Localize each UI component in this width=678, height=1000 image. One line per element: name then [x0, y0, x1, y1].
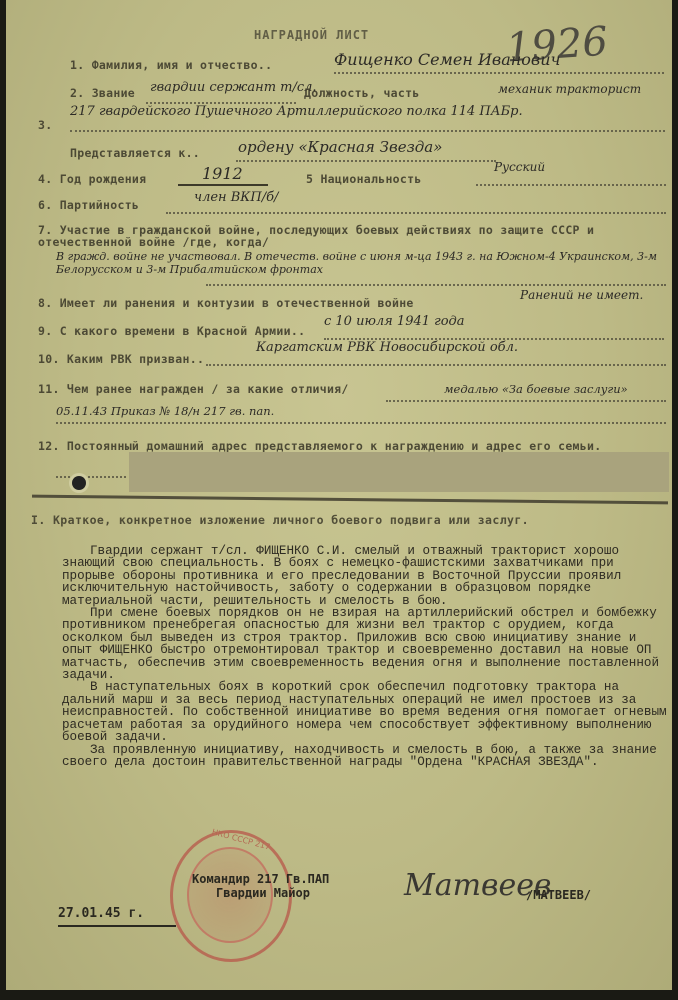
redacted-address: [129, 452, 669, 492]
field-4-value: 1912: [202, 164, 243, 183]
field-4-label: 4. Год рождения: [38, 172, 146, 186]
field-6-label: 6. Партийность: [38, 198, 139, 212]
field-2-value2: механик тракторист: [498, 82, 641, 96]
field-2-label2: Должность, часть: [304, 86, 420, 100]
field-3-num: 3.: [38, 118, 52, 132]
dotted-line: [206, 282, 666, 286]
dotted-line: [56, 474, 126, 478]
field-10-label: 10. Каким РВК призван..: [38, 352, 204, 366]
punch-hole: [72, 476, 86, 490]
field-2-value: гвардии сержант т/сл.: [150, 80, 317, 95]
field-3-value: 217 гвардейского Пушечного Артиллерийско…: [70, 104, 523, 119]
signer-name: /МАТВЕЕВ/: [526, 888, 591, 902]
citation-paragraph: Гвардии сержант т/сл. ФИЩЕНКО С.И. смелы…: [62, 545, 672, 607]
field-5-value: Русский: [494, 160, 545, 174]
award-sheet: НАГРАДНОЙ ЛИСТ 1926 1. Фамилия, имя и от…: [6, 0, 672, 990]
signer-position: Командир 217 Гв.ПАП: [192, 872, 329, 886]
dotted-line: [386, 398, 666, 402]
underline: [178, 184, 268, 186]
field-8-label: 8. Имеет ли ранения и контузии в отечест…: [38, 296, 414, 310]
citation-paragraph: За проявленную инициативу, находчивость …: [62, 744, 672, 769]
document-title: НАГРАДНОЙ ЛИСТ: [254, 28, 369, 42]
dotted-line: [476, 182, 666, 186]
dotted-line: [70, 128, 665, 132]
signer-rank: Гвардии Майор: [216, 886, 310, 900]
field-9-value: с 10 июля 1941 года: [324, 314, 465, 329]
field-1-value: Фищенко Семен Иванович: [334, 50, 561, 69]
field-7-value: В гражд. войне не участвовал. В отечеств…: [56, 250, 666, 276]
dotted-line: [206, 362, 666, 366]
citation-text: Гвардии сержант т/сл. ФИЩЕНКО С.И. смелы…: [62, 545, 672, 768]
field-8-value: Ранений не имеет.: [520, 288, 643, 302]
dotted-line: [56, 420, 666, 424]
field-2-label: 2. Звание: [70, 86, 135, 100]
section-title: I. Краткое, конкретное изложение личного…: [31, 513, 529, 527]
field-12-label: 12. Постоянный домашний адрес представля…: [38, 440, 658, 452]
dotted-line: [236, 158, 496, 162]
field-5-label: 5 Национальность: [306, 172, 422, 186]
citation-paragraph: В наступательных боях в короткий срок об…: [62, 681, 672, 743]
nominated-for-value: ордену «Красная Звезда»: [238, 138, 442, 156]
field-6-value: член ВКП/б/: [194, 190, 278, 205]
citation-paragraph: При смене боевых порядков он не взирая н…: [62, 607, 672, 681]
field-10-value: Каргатским РВК Новосибирской обл.: [256, 340, 518, 355]
dotted-line: [166, 210, 666, 214]
field-1-label: 1. Фамилия, имя и отчество..: [70, 58, 272, 72]
document-date: 27.01.45 г.: [58, 906, 176, 927]
divider-line: [32, 495, 668, 505]
field-9-label: 9. С какого времени в Красной Армии..: [38, 324, 305, 338]
dotted-line: [334, 70, 664, 74]
nominated-for-label: Представляется к..: [70, 146, 200, 160]
scan-border: [0, 990, 678, 1000]
field-7-label: 7. Участие в гражданской войне, последую…: [38, 224, 658, 248]
